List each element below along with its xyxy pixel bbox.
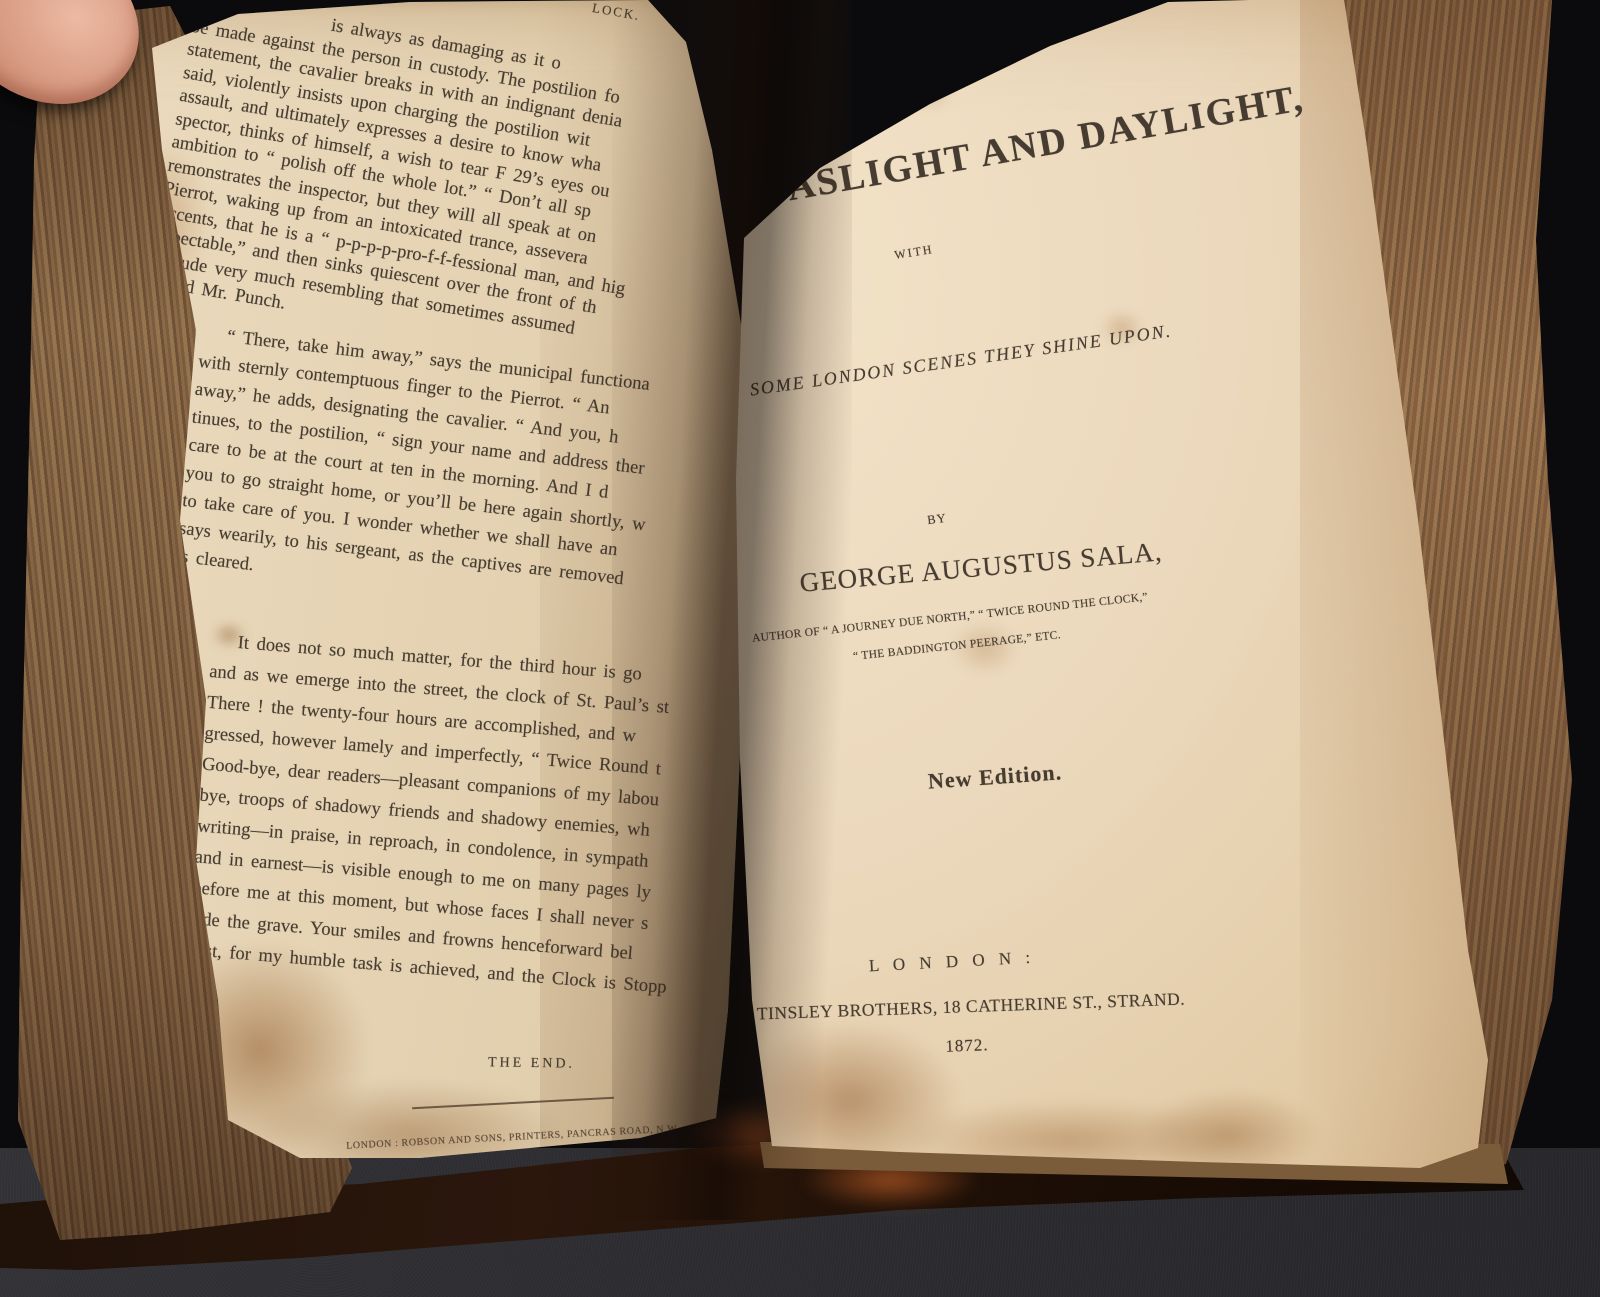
- imprint-year: 1872.: [700, 1027, 1234, 1066]
- book-title: GASLIGHT AND DAYLIGHT,: [701, 67, 1359, 225]
- foxing-stain: [910, 80, 950, 110]
- book-subtitle: SOME LONDON SCENES THEY SHINE UPON.: [701, 314, 1221, 407]
- antique-book-photo: LOCK. is always as damaging as it obe ma…: [0, 0, 1600, 1297]
- running-header-fragment: LOCK.: [591, 0, 642, 24]
- left-paragraph-3: It does not so much matter, for the thir…: [186, 626, 692, 1004]
- imprint-publisher: TINSLEY BROTHERS, 18 CATHERINE ST., STRA…: [700, 987, 1242, 1027]
- divider-rule: [412, 1097, 614, 1110]
- with-label: WITH: [701, 212, 1126, 294]
- left-paragraph-2: “ There, take him away,” says the munici…: [174, 320, 662, 623]
- imprint-city: L O N D O N :: [700, 939, 1204, 985]
- the-end-label: THE END.: [488, 1055, 575, 1073]
- edition-label: New Edition.: [700, 743, 1290, 810]
- left-paragraph-1: is always as damaging as it obe made aga…: [147, 0, 662, 371]
